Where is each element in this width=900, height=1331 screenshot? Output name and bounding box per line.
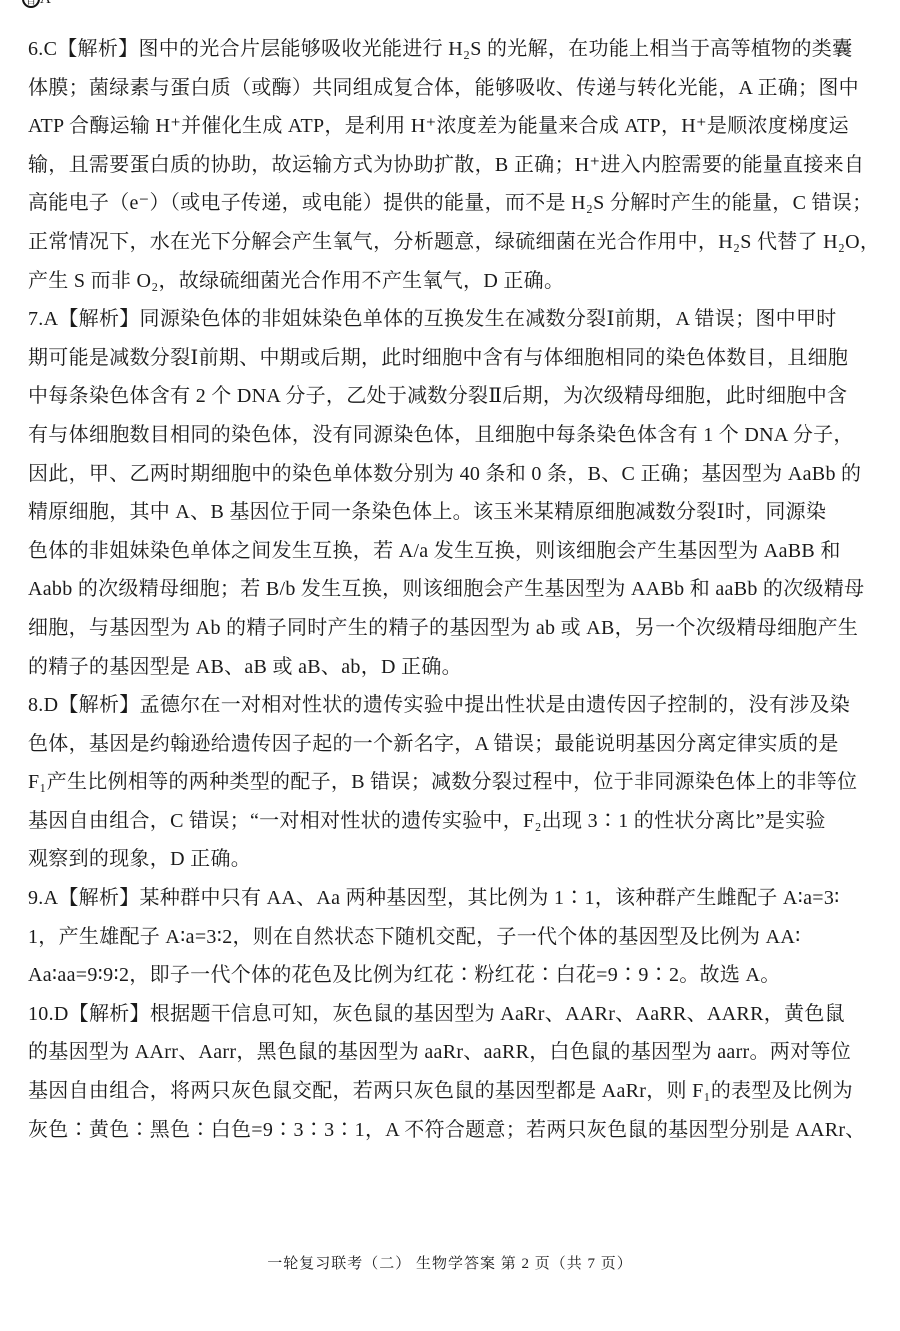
text-line: 体膜；菌绿素与蛋白质（或酶）共同组成复合体，能够吸收、传递与转化光能，A 正确；… [28, 69, 878, 108]
text-line: 8.D【解析】孟德尔在一对相对性状的遗传实验中提出性状是由遗传因子控制的，没有涉… [28, 686, 878, 725]
circle-mark-icon: 目 [22, 0, 40, 8]
text-line: 产生 S 而非 O₂，故绿硫细菌光合作用不产生氧气，D 正确。 [28, 262, 878, 301]
answer-8: 8.D【解析】孟德尔在一对相对性状的遗传实验中提出性状是由遗传因子控制的，没有涉… [28, 686, 878, 879]
text-line: 1，产生雄配子 A∶a=3∶2，则在自然状态下随机交配，子一代个体的基因型及比例… [28, 918, 878, 957]
answer-content: 6.C【解析】图中的光合片层能够吸收光能进行 H₂S 的光解，在功能上相当于高等… [28, 30, 878, 1149]
text-line: 9.A【解析】某种群中只有 AA、Aa 两种基因型，其比例为 1∶1，该种群产生… [28, 879, 878, 918]
text-line: 观察到的现象，D 正确。 [28, 840, 878, 879]
text-line: 色体的非姐妹染色单体之间发生互换，若 A/a 发生互换，则该细胞会产生基因型为 … [28, 532, 878, 571]
text-line: 10.D【解析】根据题干信息可知，灰色鼠的基因型为 AaRr、AARr、AaRR… [28, 995, 878, 1034]
corner-letter: A [40, 0, 51, 8]
corner-mark: 目 A [22, 0, 51, 10]
text-line: 6.C【解析】图中的光合片层能够吸收光能进行 H₂S 的光解，在功能上相当于高等… [28, 30, 878, 69]
text-line: 有与体细胞数目相同的染色体，没有同源染色体，且细胞中每条染色体含有 1 个 DN… [28, 416, 878, 455]
text-line: 细胞，与基因型为 Ab 的精子同时产生的精子的基因型为 ab 或 AB，另一个次… [28, 609, 878, 648]
page-footer: 一轮复习联考（二） 生物学答案 第 2 页（共 7 页） [0, 1252, 900, 1273]
text-line: Aabb 的次级精母细胞；若 B/b 发生互换，则该细胞会产生基因型为 AABb… [28, 570, 878, 609]
answer-9: 9.A【解析】某种群中只有 AA、Aa 两种基因型，其比例为 1∶1，该种群产生… [28, 879, 878, 995]
text-line: 的精子的基因型是 AB、aB 或 aB、ab，D 正确。 [28, 648, 878, 687]
text-line: 基因自由组合，C 错误；“一对相对性状的遗传实验中，F₂出现 3∶1 的性状分离… [28, 802, 878, 841]
text-line: 精原细胞，其中 A、B 基因位于同一条染色体上。该玉米某精原细胞减数分裂Ⅰ时，同… [28, 493, 878, 532]
text-line: 正常情况下，水在光下分解会产生氧气，分析题意，绿硫细菌在光合作用中，H₂S 代替… [28, 223, 878, 262]
text-line: 输，且需要蛋白质的协助，故运输方式为协助扩散，B 正确；H⁺进入内腔需要的能量直… [28, 146, 878, 185]
text-line: Aa∶aa=9∶9∶2，即子一代个体的花色及比例为红花∶粉红花∶白花=9∶9∶2… [28, 956, 878, 995]
text-line: 色体，基因是约翰逊给遗传因子起的一个新名字，A 错误；最能说明基因分离定律实质的… [28, 725, 878, 764]
text-line: 中每条染色体含有 2 个 DNA 分子，乙处于减数分裂Ⅱ后期，为次级精母细胞，此… [28, 377, 878, 416]
answer-10: 10.D【解析】根据题干信息可知，灰色鼠的基因型为 AaRr、AARr、AaRR… [28, 995, 878, 1149]
text-line: 因此，甲、乙两时期细胞中的染色单体数分别为 40 条和 0 条，B、C 正确；基… [28, 455, 878, 494]
text-line: 的基因型为 AArr、Aarr，黑色鼠的基因型为 aaRr、aaRR，白色鼠的基… [28, 1033, 878, 1072]
text-line: 灰色∶黄色∶黑色∶白色=9∶3∶3∶1，A 不符合题意；若两只灰色鼠的基因型分别… [28, 1111, 878, 1150]
text-line: 期可能是减数分裂Ⅰ前期、中期或后期，此时细胞中含有与体细胞相同的染色体数目，且细… [28, 339, 878, 378]
answer-6: 6.C【解析】图中的光合片层能够吸收光能进行 H₂S 的光解，在功能上相当于高等… [28, 30, 878, 300]
text-line: 基因自由组合，将两只灰色鼠交配，若两只灰色鼠的基因型都是 AaRr，则 F₁的表… [28, 1072, 878, 1111]
text-line: F₁产生比例相等的两种类型的配子，B 错误；减数分裂过程中，位于非同源染色体上的… [28, 763, 878, 802]
text-line: ATP 合酶运输 H⁺并催化生成 ATP，是利用 H⁺浓度差为能量来合成 ATP… [28, 107, 878, 146]
answer-7: 7.A【解析】同源染色体的非姐妹染色单体的互换发生在减数分裂Ⅰ前期，A 错误；图… [28, 300, 878, 686]
text-line: 高能电子（e⁻）（或电子传递，或电能）提供的能量，而不是 H₂S 分解时产生的能… [28, 184, 878, 223]
text-line: 7.A【解析】同源染色体的非姐妹染色单体的互换发生在减数分裂Ⅰ前期，A 错误；图… [28, 300, 878, 339]
